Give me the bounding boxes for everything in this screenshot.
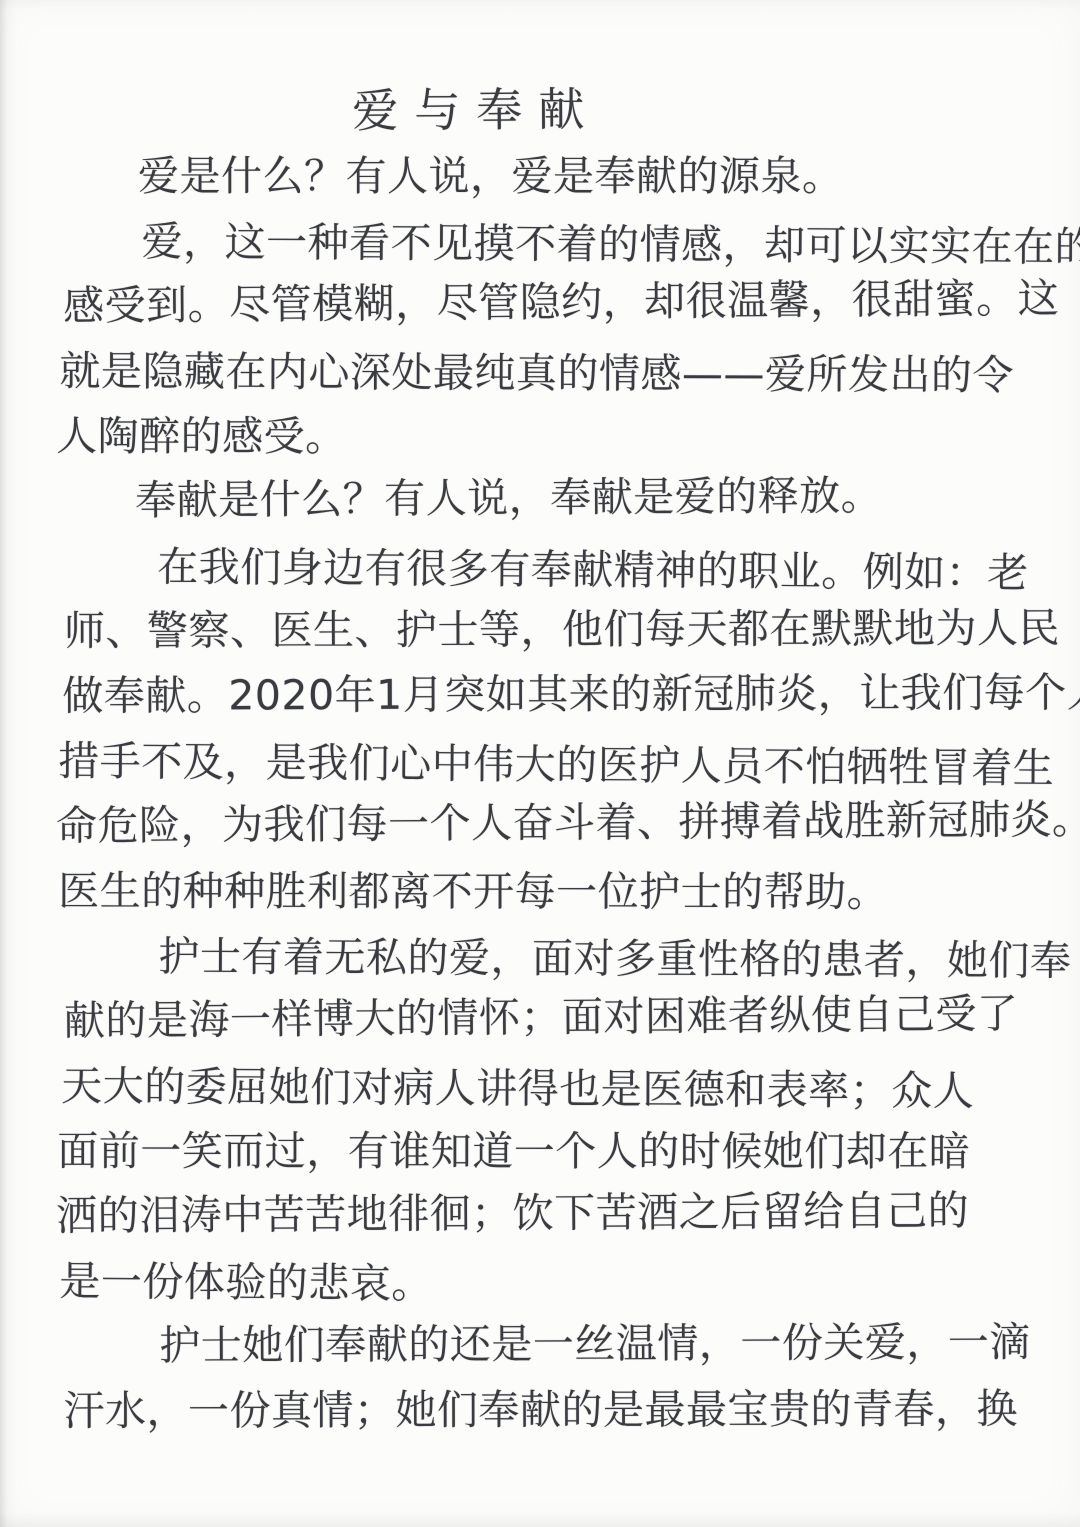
handwritten-line: 面前一笑而过，有谁知道一个人的时候她们却在暗 (57, 1121, 1025, 1187)
handwritten-line: 医生的种种胜利都离不开每一位护士的帮助。 (58, 861, 1026, 927)
handwritten-line: 人陶醉的感受。 (56, 406, 1024, 473)
handwritten-line: 护士她们奉献的还是一丝温情，一份关爱，一滴 (63, 1312, 1031, 1381)
essay-body: 爱与奉献 爱是什么？有人说，爱是奉献的源泉。爱，这一种看不见摸不着的情感，却可以… (60, 0, 1028, 1446)
handwritten-line: 师、警察、医生、护士等，他们每天都在默默地为人民 (64, 598, 1032, 666)
handwritten-line: 在我们身边有很多有奉献精神的职业。例如：老 (61, 536, 1029, 608)
handwritten-line: 爱是什么？有人说，爱是奉献的源泉。 (60, 146, 1028, 211)
handwritten-line: 奉献是什么？有人说，奉献是爱的释放。 (57, 464, 1025, 536)
handwritten-line: 命危险，为我们每一个人奋斗着、拼搏着战胜新冠肺炎。 (56, 790, 1024, 861)
handwritten-line: 汗水，一份真情；她们奉献的是最最宝贵的青春，换 (63, 1379, 1031, 1446)
essay-lines: 爱是什么？有人说，爱是奉献的源泉。爱，这一种看不见摸不着的情感，却可以实实在在的… (60, 146, 1028, 1446)
scanned-essay-page: 爱与奉献 爱是什么？有人说，爱是奉献的源泉。爱，这一种看不见摸不着的情感，却可以… (0, 0, 1080, 1527)
handwritten-line: 感受到。尽管模糊，尽管隐约，却很温馨，很甜蜜。这 (63, 268, 1031, 341)
handwritten-line: 做奉献。2020年1月突如其来的新冠肺炎，让我们每个人 (62, 663, 1030, 731)
handwritten-line: 天大的委屈她们对病人讲得也是医德和表率；众人 (61, 1056, 1029, 1126)
essay-title: 爱与奉献 (0, 0, 960, 149)
handwritten-line: 就是隐藏在内心深处最纯真的情感——爱所发出的令 (59, 341, 1027, 410)
handwritten-line: 洒的泪涛中苦苦地徘徊；饮下苦酒之后留给自己的 (56, 1180, 1024, 1251)
handwritten-line: 献的是海一样博大的情怀；面对困难者纵使自己受了 (64, 983, 1032, 1056)
